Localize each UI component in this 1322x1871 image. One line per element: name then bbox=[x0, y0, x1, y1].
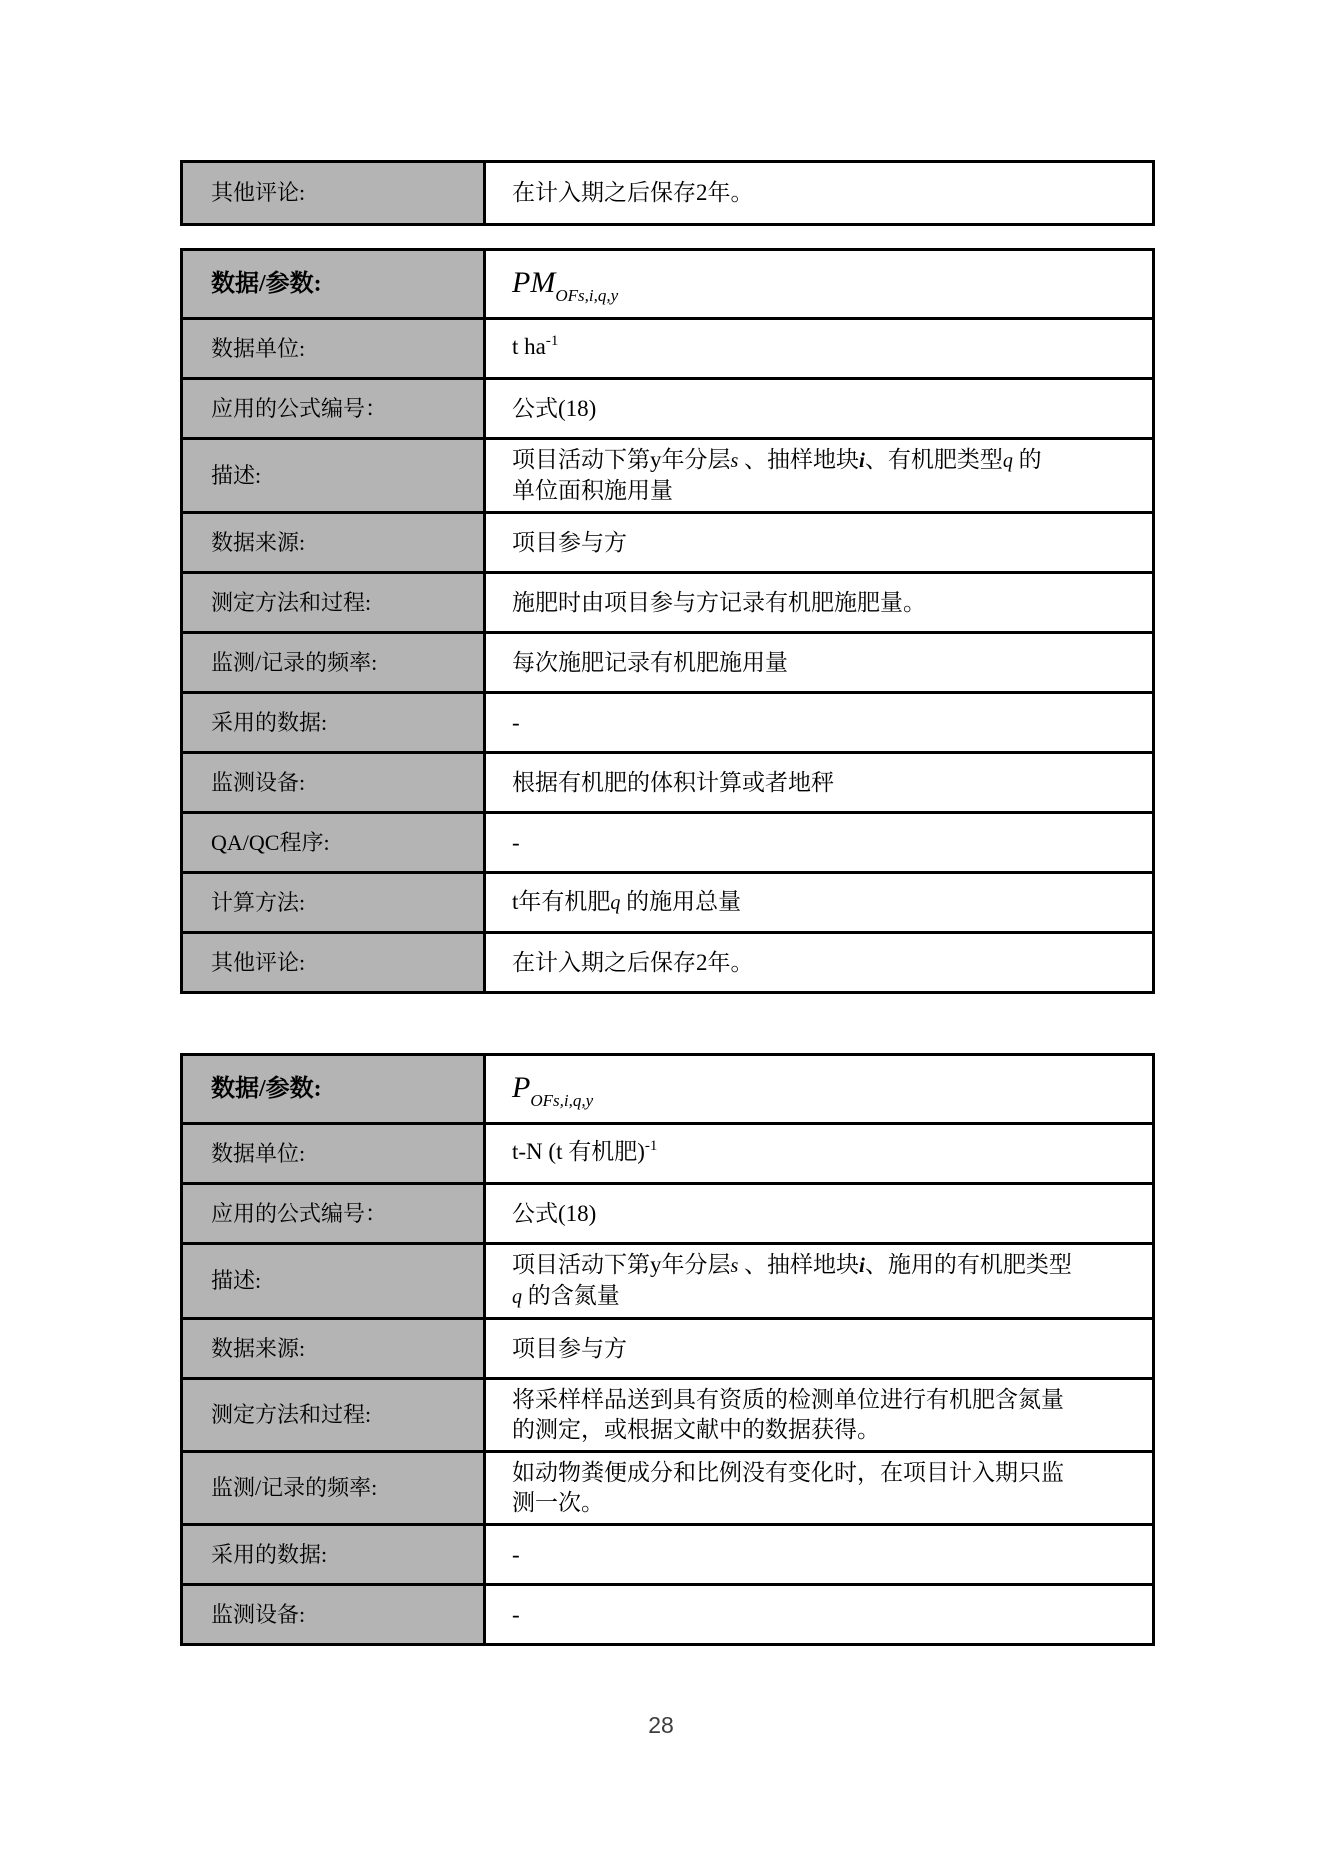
row-value-cell: 每次施肥记录有机肥施用量 bbox=[486, 634, 1152, 691]
row-label: 数据单位: bbox=[211, 1139, 305, 1169]
document-page: 其他评论:在计入期之后保存2年。 数据/参数:PMOFs,i,q,y数据单位:t… bbox=[0, 0, 1322, 1871]
row-label-cell: 测定方法和过程: bbox=[183, 1380, 486, 1450]
row-value: 将采样样品送到具有资质的检测单位进行有机肥含氮量 的测定，或根据文献中的数据获得… bbox=[512, 1385, 1064, 1445]
value-segment: 项目参与方 bbox=[512, 530, 627, 555]
row-value: t年有机肥q 的施用总量 bbox=[512, 887, 741, 918]
row-value-cell: t ha-1 bbox=[486, 320, 1152, 377]
row-value: 项目参与方 bbox=[512, 528, 627, 558]
row-label: 采用的数据: bbox=[211, 1540, 327, 1570]
row-value-cell: 如动物粪便成分和比例没有变化时，在项目计入期只监 测一次。 bbox=[486, 1453, 1152, 1523]
row-value-cell: 在计入期之后保存2年。 bbox=[486, 163, 1152, 223]
row-value-cell: 公式(18) bbox=[486, 1185, 1152, 1242]
value-segment: -1 bbox=[546, 333, 559, 349]
value-segment: 公式(18) bbox=[512, 396, 596, 421]
parameter-table-p-ofs: 数据/参数:POFs,i,q,y数据单位:t-N (t 有机肥)-1应用的公式编… bbox=[180, 1053, 1155, 1646]
page-number: 28 bbox=[0, 1712, 1322, 1739]
value-segment: 公式(18) bbox=[512, 1201, 596, 1226]
value-segment: 如动物粪便成分和比例没有变化时，在项目计入期只监 测一次。 bbox=[512, 1460, 1064, 1515]
value-segment: 、有机肥类型 bbox=[865, 447, 1003, 472]
table-row: 数据/参数:POFs,i,q,y bbox=[183, 1056, 1152, 1122]
value-segment: 根据有机肥的体积计算或者地秤 bbox=[512, 770, 834, 795]
row-label: 监测设备: bbox=[211, 768, 305, 798]
row-label: 描述: bbox=[211, 461, 261, 491]
value-segment: 的施用总量 bbox=[620, 889, 741, 914]
table-row: 监测设备:根据有机肥的体积计算或者地秤 bbox=[183, 751, 1152, 811]
row-label: 应用的公式编号： bbox=[211, 394, 387, 424]
row-value: 在计入期之后保存2年。 bbox=[512, 948, 754, 978]
row-value-cell: t年有机肥q 的施用总量 bbox=[486, 874, 1152, 931]
row-label: 监测设备: bbox=[211, 1600, 305, 1630]
row-label: 数据来源: bbox=[211, 1334, 305, 1364]
table-row: QA/QC程序:- bbox=[183, 811, 1152, 871]
row-label: 数据/参数: bbox=[211, 269, 322, 299]
row-label-cell: 采用的数据: bbox=[183, 1526, 486, 1583]
value-segment: 、施用的有机肥类型 bbox=[865, 1252, 1072, 1277]
row-label-cell: 数据/参数: bbox=[183, 1056, 486, 1122]
row-label-cell: 数据单位: bbox=[183, 320, 486, 377]
table-row: 应用的公式编号：公式(18) bbox=[183, 377, 1152, 437]
value-segment: - bbox=[512, 1542, 520, 1567]
table-row: 监测/记录的频率:如动物粪便成分和比例没有变化时，在项目计入期只监 测一次。 bbox=[183, 1450, 1152, 1523]
value-segment: PM bbox=[512, 266, 555, 299]
row-label: QA/QC程序: bbox=[211, 828, 330, 858]
row-value: t ha-1 bbox=[512, 332, 558, 365]
row-value-cell: 项目参与方 bbox=[486, 1320, 1152, 1377]
table-row: 数据单位:t-N (t 有机肥)-1 bbox=[183, 1122, 1152, 1182]
row-label: 数据来源: bbox=[211, 528, 305, 558]
row-value-cell: 在计入期之后保存2年。 bbox=[486, 934, 1152, 991]
table-row: 其他评论:在计入期之后保存2年。 bbox=[183, 931, 1152, 991]
table-row: 采用的数据:- bbox=[183, 1523, 1152, 1583]
table-row: 数据单位:t ha-1 bbox=[183, 317, 1152, 377]
row-label: 数据单位: bbox=[211, 334, 305, 364]
row-value-cell: 公式(18) bbox=[486, 380, 1152, 437]
row-label-cell: 监测设备: bbox=[183, 754, 486, 811]
table-row: 监测设备:- bbox=[183, 1583, 1152, 1643]
table-row: 计算方法:t年有机肥q 的施用总量 bbox=[183, 871, 1152, 931]
row-label-cell: 采用的数据: bbox=[183, 694, 486, 751]
row-value: 如动物粪便成分和比例没有变化时，在项目计入期只监 测一次。 bbox=[512, 1458, 1064, 1518]
value-segment: t年有机肥 bbox=[512, 889, 610, 914]
value-segment: q bbox=[1003, 450, 1013, 472]
row-value: 每次施肥记录有机肥施用量 bbox=[512, 648, 788, 678]
row-value-cell: PMOFs,i,q,y bbox=[486, 251, 1152, 317]
value-segment: 在计入期之后保存2年。 bbox=[512, 180, 754, 205]
row-label: 计算方法: bbox=[211, 888, 305, 918]
value-segment: 、抽样地块 bbox=[738, 447, 859, 472]
row-value: 公式(18) bbox=[512, 1199, 596, 1229]
value-segment: 施肥时由项目参与方记录有机肥施肥量。 bbox=[512, 590, 926, 615]
value-segment: OFs,i,q,y bbox=[555, 286, 618, 305]
row-label: 采用的数据: bbox=[211, 708, 327, 738]
row-value: 公式(18) bbox=[512, 394, 596, 424]
row-label-cell: 数据来源: bbox=[183, 1320, 486, 1377]
table-row: 监测/记录的频率:每次施肥记录有机肥施用量 bbox=[183, 631, 1152, 691]
row-label: 数据/参数: bbox=[211, 1074, 322, 1104]
row-label-cell: 描述: bbox=[183, 1245, 486, 1317]
row-value: - bbox=[512, 1540, 520, 1570]
row-value: 项目参与方 bbox=[512, 1334, 627, 1364]
row-label: 描述: bbox=[211, 1266, 261, 1296]
table-row: 数据来源:项目参与方 bbox=[183, 511, 1152, 571]
table-row: 测定方法和过程:将采样样品送到具有资质的检测单位进行有机肥含氮量 的测定，或根据… bbox=[183, 1377, 1152, 1450]
row-label-cell: 数据单位: bbox=[183, 1125, 486, 1182]
row-value-cell: 项目活动下第y年分层s 、抽样地块i、有机肥类型q 的 单位面积施用量 bbox=[486, 440, 1152, 511]
row-value-cell: 项目活动下第y年分层s 、抽样地块i、施用的有机肥类型 q 的含氮量 bbox=[486, 1245, 1152, 1317]
row-label: 监测/记录的频率: bbox=[211, 648, 377, 678]
row-label-cell: 数据/参数: bbox=[183, 251, 486, 317]
value-segment: P bbox=[512, 1071, 530, 1104]
row-label-cell: 监测/记录的频率: bbox=[183, 1453, 486, 1523]
row-value-cell: POFs,i,q,y bbox=[486, 1056, 1152, 1122]
table-row: 数据来源:项目参与方 bbox=[183, 1317, 1152, 1377]
table-row: 采用的数据:- bbox=[183, 691, 1152, 751]
row-value: POFs,i,q,y bbox=[512, 1071, 593, 1107]
row-value-cell: - bbox=[486, 814, 1152, 871]
row-label: 应用的公式编号： bbox=[211, 1199, 387, 1229]
row-label: 监测/记录的频率: bbox=[211, 1473, 377, 1503]
row-label-cell: 应用的公式编号： bbox=[183, 380, 486, 437]
table-row: 测定方法和过程:施肥时由项目参与方记录有机肥施肥量。 bbox=[183, 571, 1152, 631]
row-label-cell: 测定方法和过程: bbox=[183, 574, 486, 631]
row-value-cell: - bbox=[486, 1586, 1152, 1643]
row-label: 其他评论: bbox=[211, 948, 305, 978]
row-value: PMOFs,i,q,y bbox=[512, 266, 618, 302]
row-value: 在计入期之后保存2年。 bbox=[512, 178, 754, 208]
row-label-cell: 计算方法: bbox=[183, 874, 486, 931]
value-segment: - bbox=[512, 1602, 520, 1627]
row-value: 根据有机肥的体积计算或者地秤 bbox=[512, 768, 834, 798]
row-label-cell: 其他评论: bbox=[183, 163, 486, 223]
row-value: - bbox=[512, 708, 520, 738]
row-label-cell: 监测/记录的频率: bbox=[183, 634, 486, 691]
row-value: 项目活动下第y年分层s 、抽样地块i、有机肥类型q 的 单位面积施用量 bbox=[512, 445, 1042, 506]
table-row: 其他评论:在计入期之后保存2年。 bbox=[183, 163, 1152, 223]
value-segment: 项目活动下第y年分层 bbox=[512, 1252, 731, 1277]
other-comments-table: 其他评论:在计入期之后保存2年。 bbox=[180, 160, 1155, 226]
row-value-cell: - bbox=[486, 694, 1152, 751]
row-value: - bbox=[512, 828, 520, 858]
table-row: 数据/参数:PMOFs,i,q,y bbox=[183, 251, 1152, 317]
row-label: 其他评论: bbox=[211, 178, 305, 208]
value-segment: q bbox=[512, 1286, 522, 1308]
row-value: - bbox=[512, 1600, 520, 1630]
parameter-table-pm-ofs: 数据/参数:PMOFs,i,q,y数据单位:t ha-1应用的公式编号：公式(1… bbox=[180, 248, 1155, 994]
table-row: 应用的公式编号：公式(18) bbox=[183, 1182, 1152, 1242]
row-label-cell: 监测设备: bbox=[183, 1586, 486, 1643]
row-value-cell: 施肥时由项目参与方记录有机肥施肥量。 bbox=[486, 574, 1152, 631]
row-label-cell: 描述: bbox=[183, 440, 486, 511]
value-segment: 、抽样地块 bbox=[738, 1252, 859, 1277]
value-segment: q bbox=[610, 892, 620, 914]
row-value: t-N (t 有机肥)-1 bbox=[512, 1137, 657, 1170]
value-segment: -1 bbox=[645, 1138, 658, 1154]
row-value: 项目活动下第y年分层s 、抽样地块i、施用的有机肥类型 q 的含氮量 bbox=[512, 1250, 1072, 1312]
row-label-cell: QA/QC程序: bbox=[183, 814, 486, 871]
row-label-cell: 数据来源: bbox=[183, 514, 486, 571]
value-segment: t-N (t 有机肥) bbox=[512, 1139, 645, 1164]
row-value-cell: 根据有机肥的体积计算或者地秤 bbox=[486, 754, 1152, 811]
value-segment: OFs,i,q,y bbox=[530, 1091, 593, 1110]
row-value-cell: - bbox=[486, 1526, 1152, 1583]
value-segment: 每次施肥记录有机肥施用量 bbox=[512, 650, 788, 675]
value-segment: - bbox=[512, 830, 520, 855]
value-segment: - bbox=[512, 710, 520, 735]
row-value-cell: 项目参与方 bbox=[486, 514, 1152, 571]
row-value-cell: t-N (t 有机肥)-1 bbox=[486, 1125, 1152, 1182]
row-value: 施肥时由项目参与方记录有机肥施肥量。 bbox=[512, 588, 926, 618]
row-label: 测定方法和过程: bbox=[211, 588, 371, 618]
table-row: 描述:项目活动下第y年分层s 、抽样地块i、有机肥类型q 的 单位面积施用量 bbox=[183, 437, 1152, 511]
value-segment: 将采样样品送到具有资质的检测单位进行有机肥含氮量 的测定，或根据文献中的数据获得… bbox=[512, 1387, 1064, 1442]
value-segment: 在计入期之后保存2年。 bbox=[512, 950, 754, 975]
row-label-cell: 应用的公式编号： bbox=[183, 1185, 486, 1242]
table-row: 描述:项目活动下第y年分层s 、抽样地块i、施用的有机肥类型 q 的含氮量 bbox=[183, 1242, 1152, 1317]
value-segment: t ha bbox=[512, 334, 546, 359]
row-label-cell: 其他评论: bbox=[183, 934, 486, 991]
row-label: 测定方法和过程: bbox=[211, 1400, 371, 1430]
row-value-cell: 将采样样品送到具有资质的检测单位进行有机肥含氮量 的测定，或根据文献中的数据获得… bbox=[486, 1380, 1152, 1450]
value-segment: 项目参与方 bbox=[512, 1336, 627, 1361]
value-segment: 项目活动下第y年分层 bbox=[512, 447, 731, 472]
value-segment: 的含氮量 bbox=[522, 1283, 620, 1308]
